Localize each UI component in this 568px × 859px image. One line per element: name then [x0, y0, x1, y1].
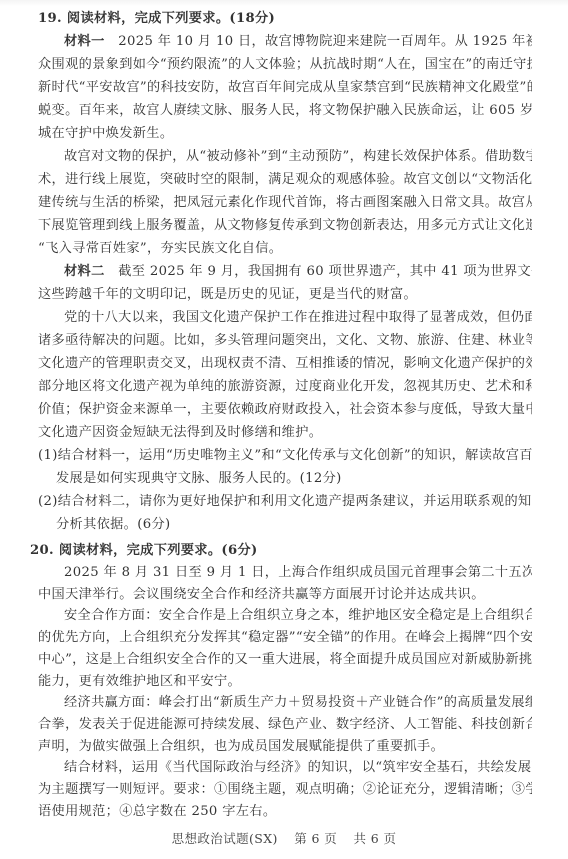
footer-total-pages: 共 6 页 — [353, 831, 396, 846]
footer-subject: 思想政治试题(SX) — [172, 831, 278, 846]
material2-p2-line-1: 党的十八大以来，我国文化遗产保护工作在推进过程中取得了显著成效，但仍面临 — [64, 308, 532, 328]
material2-line-2: 这些跨越千年的文明印记，既是历史的见证，更是当代的财富。 — [38, 285, 532, 305]
q20-p3-line-1: 经济共赢方面：峰会打出“新质生产力＋贸易投资＋产业链合作”的高质量发展组 — [64, 693, 532, 713]
material2-p2-line-6: 文化遗产因资金短缺无法得到及时修缮和维护。 — [38, 423, 532, 443]
footer-page-number: 第 6 页 — [294, 831, 337, 846]
q20-task-line-3: 语使用规范；④总字数在 250 字左右。 — [38, 802, 532, 822]
q20-p1-line-2: 中国天津举行。会议围绕安全合作和经济共赢等方面展开讨论并达成共识。 — [38, 585, 532, 605]
q20-task-line-2: 为主题撰写一则短评。要求：①围绕主题，观点明确；②论证充分，逻辑清晰；③学科术 — [38, 780, 532, 800]
material1-label: 材料一 — [64, 34, 105, 49]
material1-line-1: 材料一 2025 年 10 月 10 日，故宫博物院迎来建院一百周年。从 192… — [64, 32, 532, 52]
q20-p2-line-1: 安全合作方面：安全合作是上合组织立身之本，维护地区安全稳定是上合组织合作 — [64, 606, 532, 626]
material2-line-1: 材料二 截至 2025 年 9 月，我国拥有 60 项世界遗产，其中 41 项为… — [64, 262, 532, 282]
q20-p2-line-4: 能力，更有效维护地区和平安宁。 — [38, 672, 532, 692]
material2-p2-line-2: 诸多亟待解决的问题。比如，多头管理问题突出，文化、文物、旅游、住建、林业等部门对 — [38, 331, 532, 351]
q20-p3-line-3: 声明，为做实做强上合组织，也为成员国发展赋能提供了重要抓手。 — [38, 737, 532, 757]
sub-question-1-line-2: 发展是如何实现典守文脉、服务人民的。(12分) — [56, 469, 532, 489]
question-20-title: 20. 阅读材料，完成下列要求。(6分) — [30, 541, 524, 561]
material1-line-3: 新时代“平安故宫”的科技安防，故宫百年间完成从皇家禁宫到“民族精神文化殿堂”的 — [38, 78, 532, 98]
page-footer: 思想政治试题(SX) 第 6 页 共 6 页 — [0, 829, 568, 847]
q20-task-line-1: 结合材料，运用《当代国际政治与经济》的知识，以“筑牢安全基石，共绘发展蓝图” — [64, 758, 532, 778]
sub-question-2-line-1: (2)结合材料二，请你为更好地保护和利用文化遗产提两条建议，并运用联系观的知识 — [38, 492, 532, 512]
question-19-title: 19. 阅读材料，完成下列要求。(18分) — [38, 9, 532, 29]
q20-p2-line-3: 中心”，这是上合组织安全合作的又一重大进展，将全面提升成员国应对新威胁新挑战 — [38, 650, 532, 670]
material1-p2-line-2: 术，进行线上展览，突破时空的限制，满足观众的观感体验。故宫文创以“文物活化”搭 — [38, 170, 532, 190]
material2-p2-line-3: 文化遗产的管理职责交叉，出现权责不清、互相推诿的情况，影响文化遗产保护的效率； — [38, 354, 532, 374]
scan-edge — [0, 0, 568, 6]
material2-label: 材料二 — [64, 264, 105, 279]
exam-page: 19. 阅读材料，完成下列要求。(18分) 材料一 2025 年 10 月 10… — [0, 0, 568, 859]
q20-p2-line-2: 的优先方向，上合组织充分发挥其“稳定器”“安全锚”的作用。在峰会上揭牌“四个安全 — [38, 628, 532, 648]
material1-line-5: 城在守护中焕发新生。 — [38, 124, 532, 144]
q20-p1-line-1: 2025 年 8 月 31 日至 9 月 1 日，上海合作组织成员国元首理事会第… — [64, 563, 532, 583]
material2-p2-line-4: 部分地区将文化遗产视为单纯的旅游资源，过度商业化开发，忽视其历史、艺术和科学 — [38, 377, 532, 397]
material1-p2-line-4: 下展览管理到线上服务覆盖，从文物修复传承到文物创新表达，用多元方式让文化遗产 — [38, 216, 532, 236]
sub-question-1-line-1: (1)结合材料一，运用“历史唯物主义”和“文化传承与文化创新”的知识，解读故宫百… — [38, 446, 532, 466]
material2-p2-line-5: 价值；保护资金来源单一，主要依赖政府财政投入，社会资本参与度低，导致大量中小型 — [38, 400, 532, 420]
q20-p3-line-2: 合拳，发表关于促进能源可持续发展、绿色产业、数字经济、人工智能、科技创新合作5份 — [38, 715, 532, 735]
material1-p2-line-5: “飞入寻常百姓家”，夯实民族文化自信。 — [38, 239, 532, 259]
material1-p2-line-3: 建传统与生活的桥梁，把凤冠元素化作现代首饰，将古画图案融入日常文具。故宫从线 — [38, 193, 532, 213]
sub-question-2-line-2: 分析其依据。(6分) — [56, 515, 532, 535]
material1-p2-line-1: 故宫对文物的保护，从“被动修补”到“主动预防”，构建长效保护体系。借助数字技 — [64, 147, 532, 167]
material1-line-2: 众围观的景象到如今“预约限流”的人文体验；从抗战时期“人在，国宝在”的南迁守护到 — [38, 55, 532, 75]
material1-line-4: 蜕变。百年来，故宫人赓续文脉、服务人民，将文物保护融入民族命运，让 605 岁的… — [38, 101, 532, 121]
